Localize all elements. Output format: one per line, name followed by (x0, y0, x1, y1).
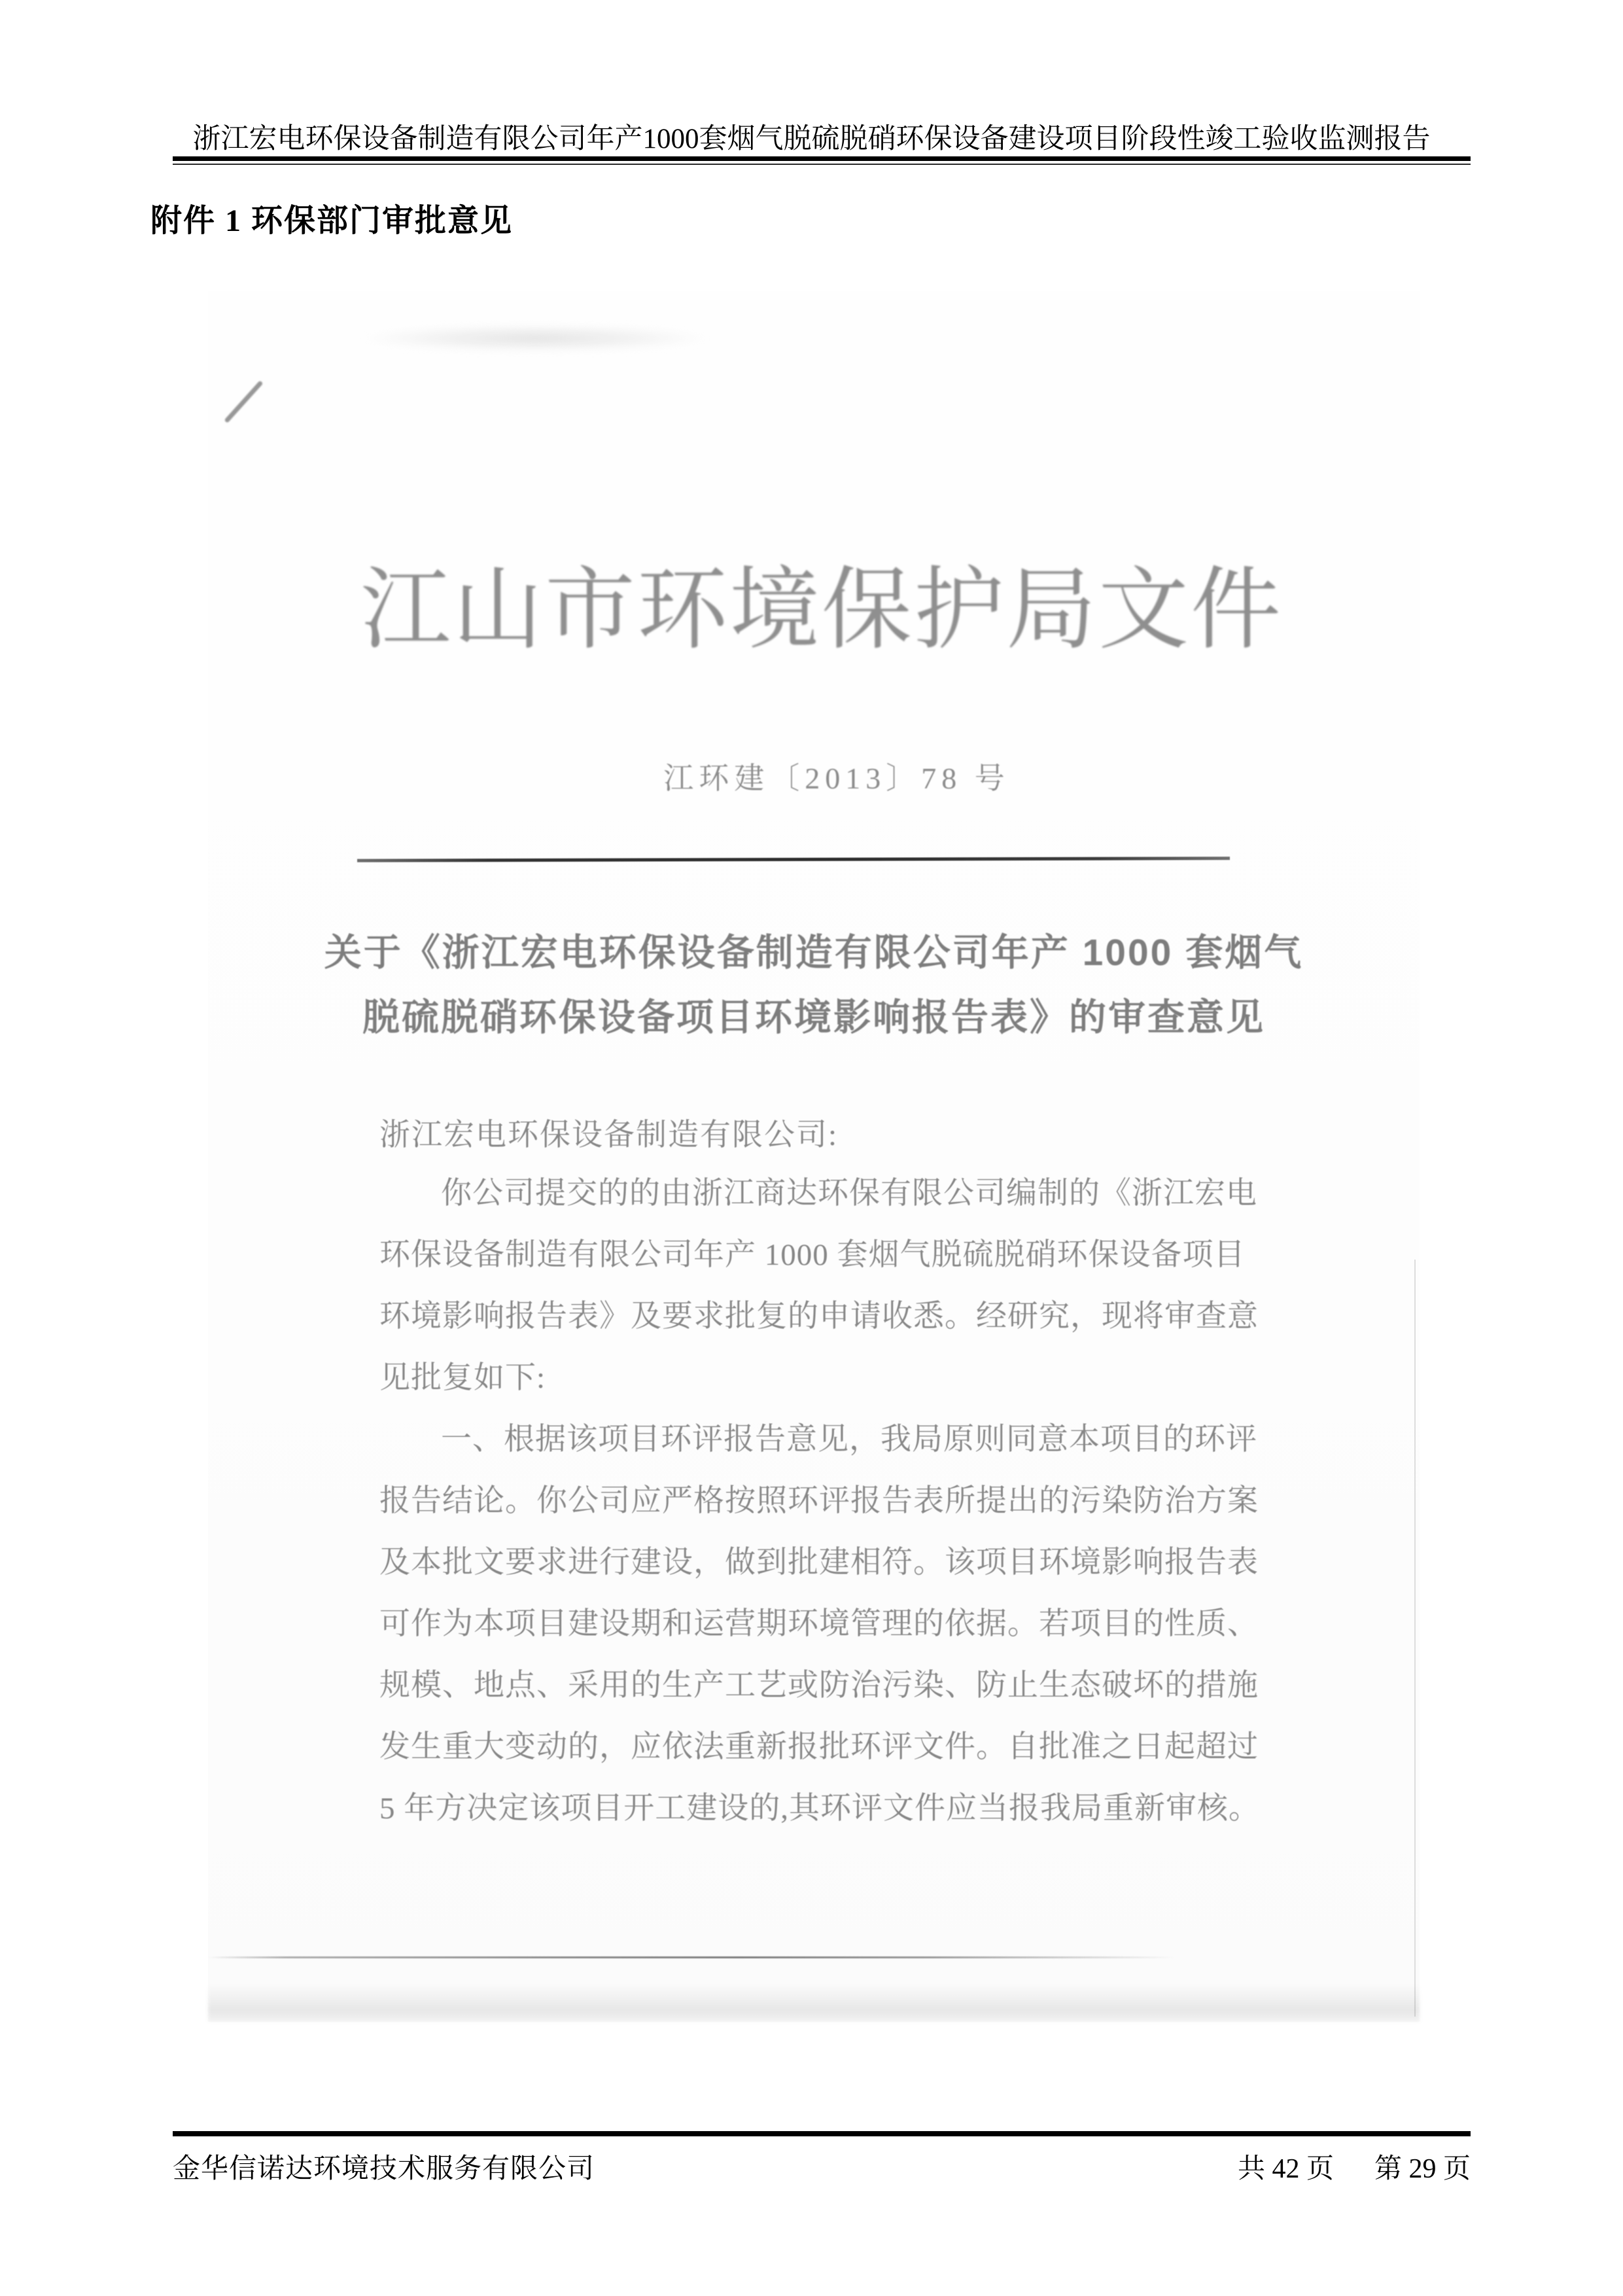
letter-salutation: 浙江宏电环保设备制造有限公司: (379, 1110, 838, 1154)
footer-company: 金华信诺达环境技术服务有限公司 (173, 2147, 595, 2186)
letter-body-line: 及本批文要求进行建设，做到批建相符。该项目环境影响报告表 (379, 1532, 1264, 1593)
review-title-line1: 关于《浙江宏电环保设备制造有限公司年产 1000 套烟气 (208, 921, 1420, 985)
scanned-approval-document: 江山市环境保护局文件 江环建〔2013〕78 号 关于《浙江宏电环保设备制造有限… (208, 291, 1420, 2022)
agency-title: 江山市环境保护局文件 (216, 561, 1427, 660)
document-number: 江环建〔2013〕78 号 (231, 754, 1442, 798)
header-rule (173, 156, 1471, 161)
letter-body-line: 环保设备制造有限公司年产 1000 套烟气脱硫脱硝环保设备项目 (379, 1224, 1264, 1286)
footer-total-pages: 共 42 页 (1238, 2154, 1334, 2184)
report-page: 浙江宏电环保设备制造有限公司年产1000套烟气脱硫脱硝环保设备建设项目阶段性竣工… (0, 0, 1623, 2296)
review-title: 关于《浙江宏电环保设备制造有限公司年产 1000 套烟气 脱硫脱硝环保设备项目环… (208, 921, 1420, 1050)
attachment-heading: 附件 1 环保部门审批意见 (150, 195, 513, 240)
letter-body-line: 报告结论。你公司应严格按照环评报告表所提出的污染防治方案 (379, 1470, 1264, 1532)
review-title-line2: 脱硫脱硝环保设备项目环境影响报告表》的审查意见 (208, 985, 1420, 1050)
letter-body-line: 见批复如下: (379, 1347, 1264, 1409)
page-header-title: 浙江宏电环保设备制造有限公司年产1000套烟气脱硫脱硝环保设备建设项目阶段性竣工… (157, 116, 1466, 156)
header-rule-thin (173, 164, 1471, 165)
letter-body-line: 一、根据该项目环评报告意见，我局原则同意本项目的环评 (379, 1409, 1264, 1470)
letter-body-line: 可作为本项目建设期和运营期环境管理的依据。若项目的性质、 (379, 1593, 1264, 1655)
footer-current-page: 第 29 页 (1374, 2154, 1471, 2184)
scan-smudge-artifact (362, 325, 708, 351)
scan-scratch-artifact (208, 1956, 1175, 1958)
letter-body-line: 你公司提交的的由浙江商达环保有限公司编制的《浙江宏电 (379, 1163, 1264, 1224)
letter-body-line: 发生重大变动的，应依法重新报批环评文件。自批准之日起超过 (379, 1716, 1264, 1778)
letter-body-line: 环境影响报告表》及要求批复的申请收悉。经研究，现将审查意 (379, 1286, 1264, 1347)
footer-page-numbers: 共 42 页第 29 页 (1238, 2147, 1471, 2186)
footer-rule (173, 2131, 1471, 2136)
letter-body: 你公司提交的的由浙江商达环保有限公司编制的《浙江宏电 环保设备制造有限公司年产 … (379, 1163, 1264, 1839)
letter-body-line: 5 年方决定该项目开工建设的,其环评文件应当报我局重新审核。 (379, 1778, 1264, 1839)
pen-stroke-mark (224, 380, 263, 423)
scan-page-edge (1414, 1260, 1416, 2017)
letter-body-line: 规模、地点、采用的生产工艺或防治污染、防止生态破坏的措施 (379, 1655, 1264, 1716)
letterhead-divider-rule (357, 857, 1230, 862)
scan-bottom-shadow (208, 1984, 1420, 2022)
